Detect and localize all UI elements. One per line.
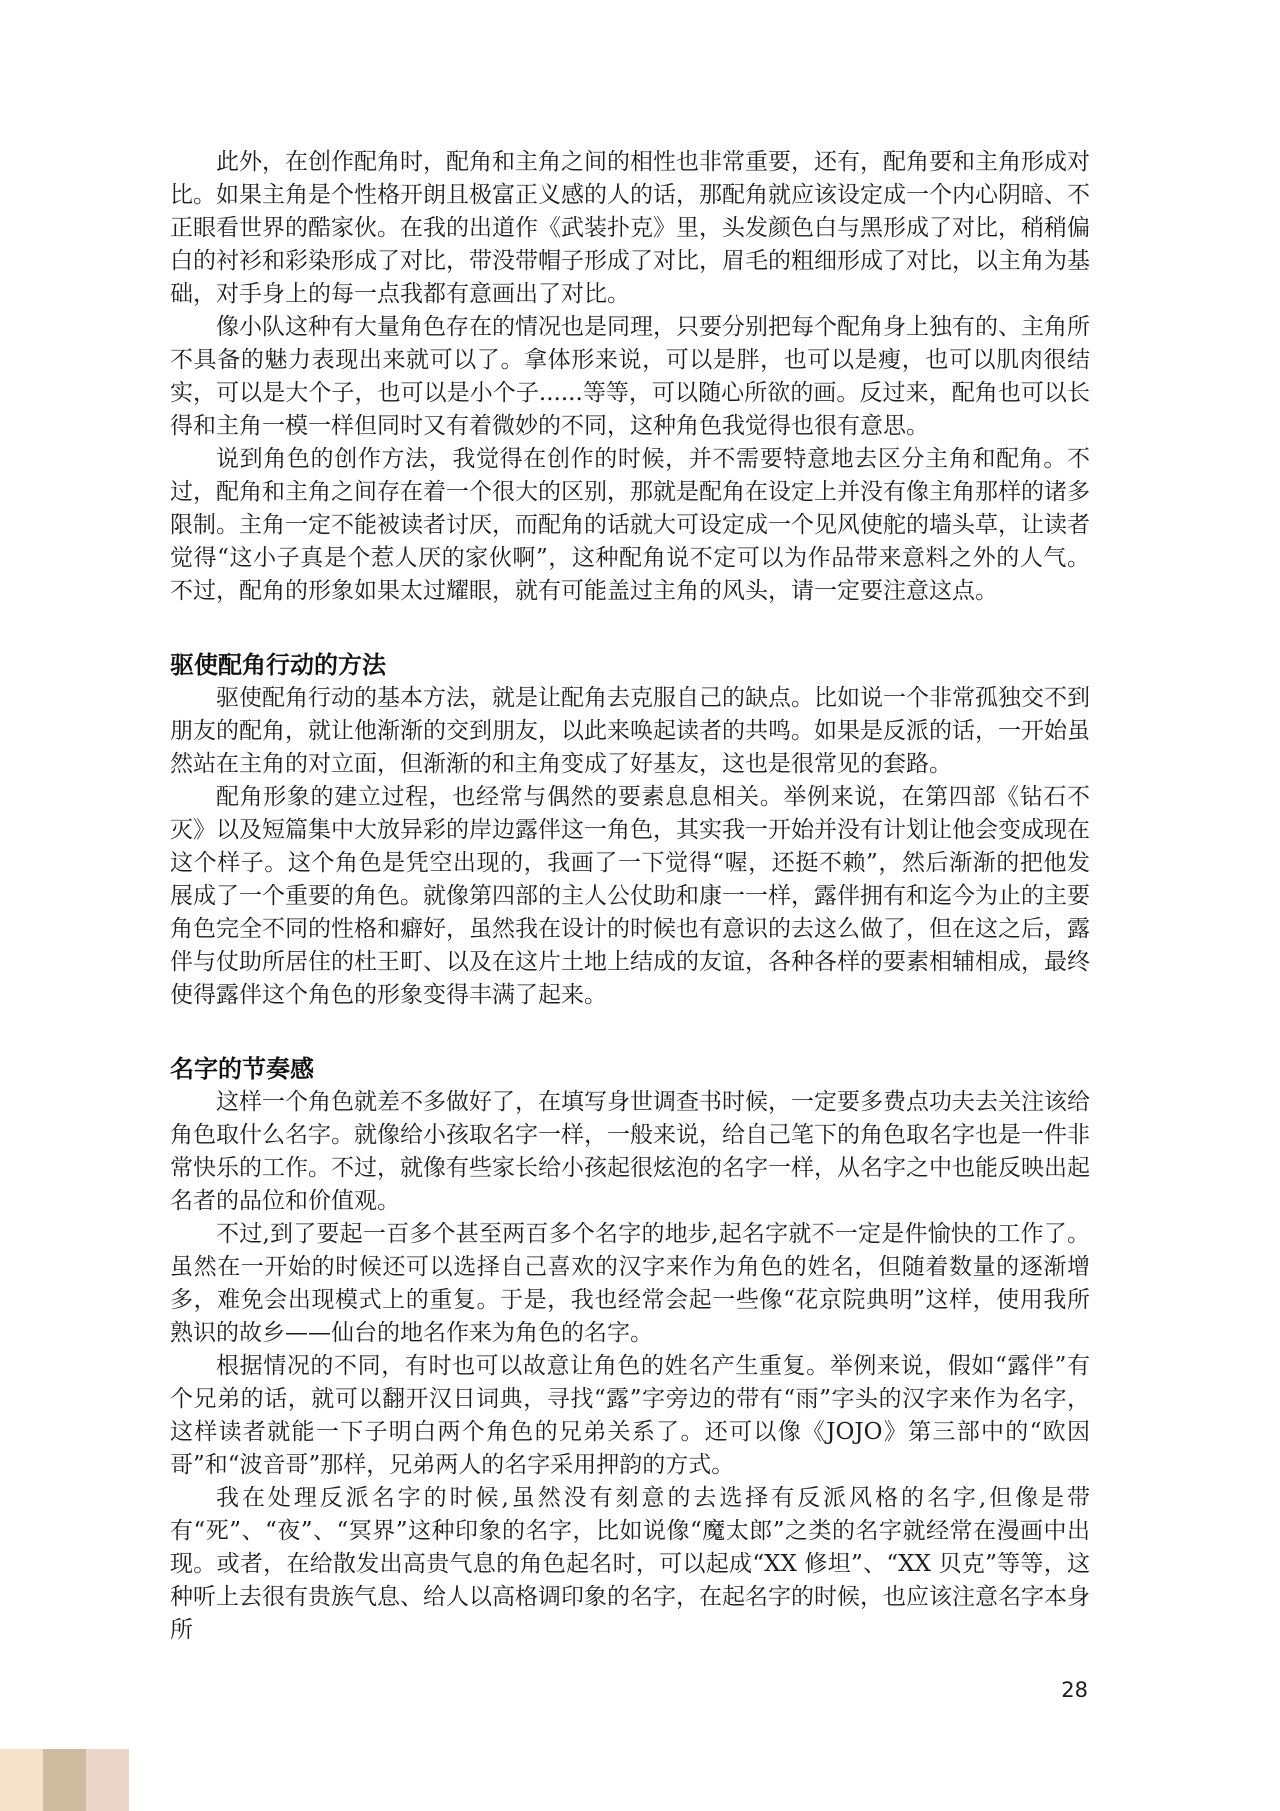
- book-page: 此外，在创作配角时，配角和主角之间的相性也非常重要，还有，配角要和主角形成对比。…: [0, 0, 1280, 1811]
- page-number: 28: [1061, 1678, 1088, 1702]
- text-block: 此外，在创作配角时，配角和主角之间的相性也非常重要，还有，配角要和主角形成对比。…: [170, 146, 1090, 1647]
- paragraph: 像小队这种有大量角色存在的情况也是同理，只要分别把每个配角身上独有的、主角所不具…: [170, 311, 1090, 443]
- swatch-cream: [0, 1749, 43, 1811]
- paragraph: 这样一个角色就差不多做好了，在填写身世调查书时候，一定要多费点功夫去关注该给角色…: [170, 1086, 1090, 1218]
- paragraph: 此外，在创作配角时，配角和主角之间的相性也非常重要，还有，配角要和主角形成对比。…: [170, 146, 1090, 311]
- paragraph: 配角形象的建立过程，也经常与偶然的要素息息相关。举例来说，在第四部《钻石不灭》以…: [170, 781, 1090, 1012]
- paragraph: 驱使配角行动的基本方法，就是让配角去克服自己的缺点。比如说一个非常孤独交不到朋友…: [170, 682, 1090, 781]
- color-swatch-strip: [0, 1749, 129, 1811]
- section-heading: 名字的节奏感: [170, 1053, 1090, 1086]
- swatch-tan: [43, 1749, 86, 1811]
- section-heading: 驱使配角行动的方法: [170, 649, 1090, 682]
- paragraph: 根据情况的不同，有时也可以故意让角色的姓名产生重复。举例来说，假如“露伴”有个兄…: [170, 1350, 1090, 1482]
- swatch-pink: [86, 1749, 129, 1811]
- paragraph: 我在处理反派名字的时候,虽然没有刻意的去选择有反派风格的名字,但像是带有“死”、…: [170, 1482, 1090, 1647]
- paragraph: 说到角色的创作方法，我觉得在创作的时候，并不需要特意地去区分主角和配角。不过，配…: [170, 443, 1090, 608]
- paragraph: 不过,到了要起一百多个甚至两百多个名字的地步,起名字就不一定是件愉快的工作了。虽…: [170, 1218, 1090, 1350]
